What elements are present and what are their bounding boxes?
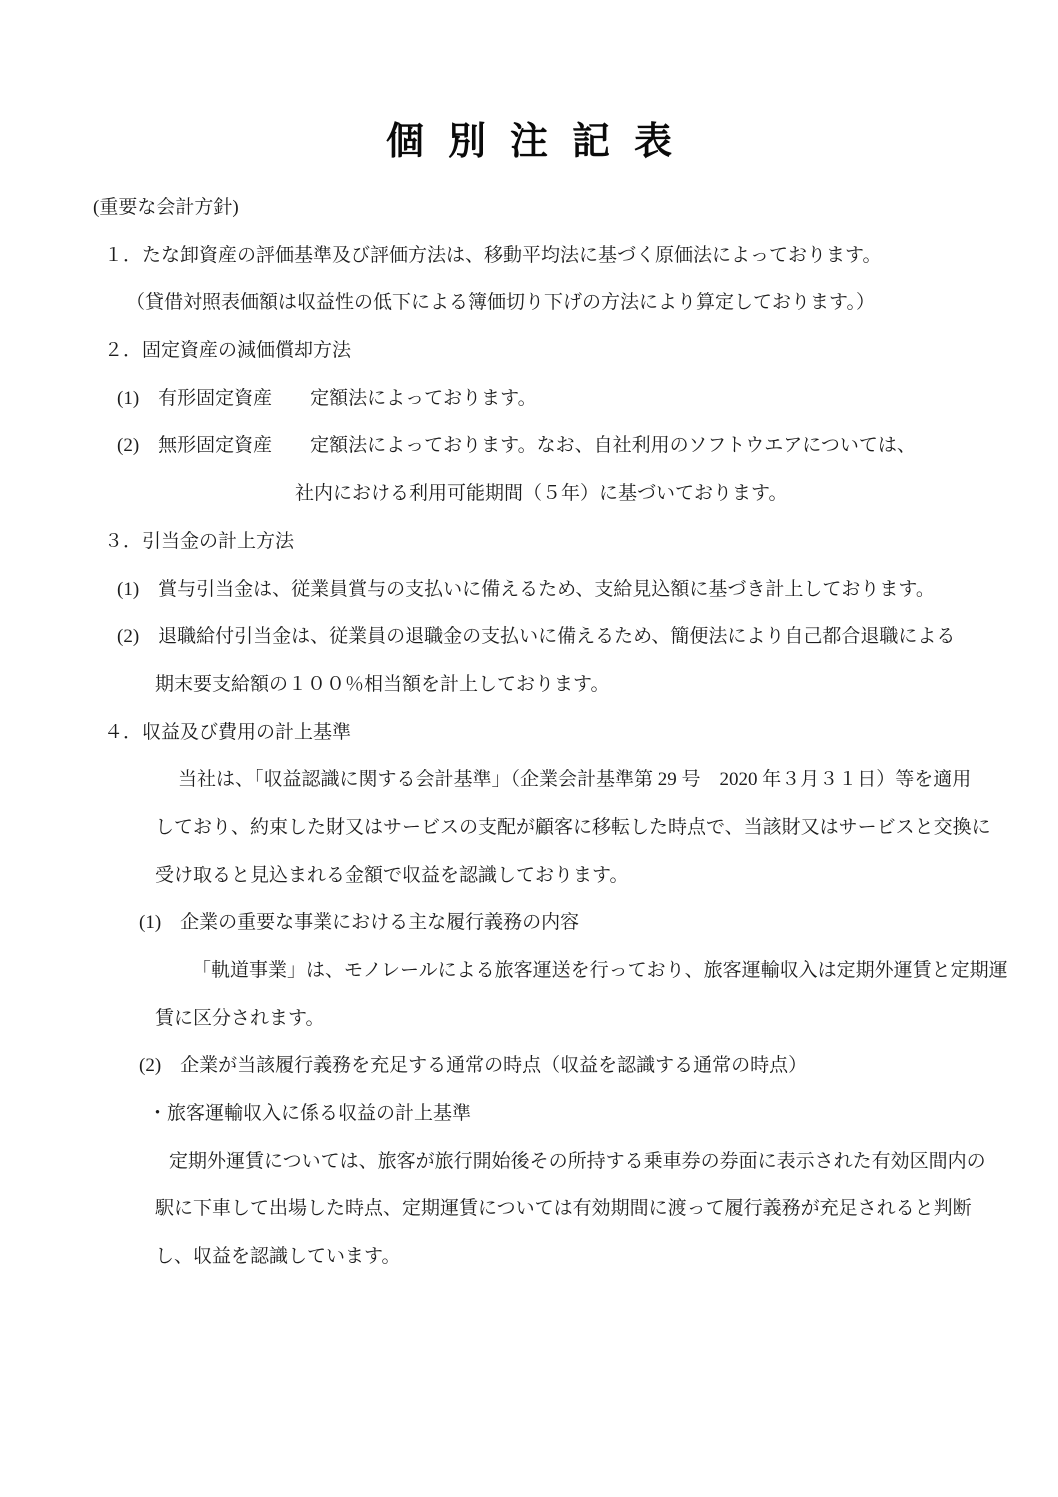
- section-1-heading: １．たな卸資産の評価基準及び評価方法は、移動平均法に基づく原価法によっております…: [104, 232, 1058, 280]
- section-4-item-1-body-line-1: 「軌道事業」は、モノレールによる旅客運送を行っており、旅客運輸収入は定期外運賃と…: [192, 947, 1058, 995]
- section-4-paragraph-line-2: しており、約束した財又はサービスの支配が顧客に移転した時点で、当該財又はサービス…: [155, 804, 1058, 852]
- section-4-paragraph-line-1: 当社は、「収益認識に関する会計基準」（企業会計基準第 29 号 2020 年３月…: [178, 756, 1058, 804]
- section-3-item-1: (1) 賞与引当金は、従業員賞与の支払いに備えるため、支給見込額に基づき計上して…: [117, 566, 1058, 614]
- section-4-item-2-body-line-1: 定期外運賃については、旅客が旅行開始後その所持する乗車券の券面に表示された有効区…: [169, 1138, 1058, 1186]
- section-4-item-2-body-line-2: 駅に下車して出場した時点、定期運賃については有効期間に渡って履行義務が充足される…: [155, 1185, 1058, 1233]
- section-4-item-1: (1) 企業の重要な事業における主な履行義務の内容: [139, 899, 1058, 947]
- section-4-paragraph-line-3: 受け取ると見込まれる金額で収益を認識しております。: [155, 852, 1058, 900]
- section-3-item-2-continuation: 期末要支給額の１００％相当額を計上しております。: [155, 661, 1058, 709]
- document-page: 個別注記表 (重要な会計方針) １．たな卸資産の評価基準及び評価方法は、移動平均…: [0, 0, 1058, 1497]
- section-4-item-2: (2) 企業が当該履行義務を充足する通常の時点（収益を認識する通常の時点）: [139, 1042, 1058, 1090]
- section-4-item-2-body-line-3: し、収益を認識しています。: [155, 1233, 1058, 1281]
- section-2-heading: ２．固定資産の減価償却方法: [104, 327, 1058, 375]
- page-title: 個別注記表: [0, 118, 1058, 166]
- heading-important-accounting-policies: (重要な会計方針): [93, 184, 1058, 232]
- section-2-item-1: (1) 有形固定資産 定額法によっております。: [117, 375, 1058, 423]
- section-4-heading: ４．収益及び費用の計上基準: [104, 709, 1058, 757]
- section-4-item-1-body-line-2: 賃に区分されます。: [155, 995, 1058, 1043]
- document-body: (重要な会計方針) １．たな卸資産の評価基準及び評価方法は、移動平均法に基づく原…: [0, 184, 1058, 1281]
- section-3-heading: ３．引当金の計上方法: [104, 518, 1058, 566]
- section-2-item-2: (2) 無形固定資産 定額法によっております。なお、自社利用のソフトウエアについ…: [117, 422, 1058, 470]
- section-3-item-2: (2) 退職給付引当金は、従業員の退職金の支払いに備えるため、簡便法により自己都…: [117, 613, 1058, 661]
- section-2-item-2-continuation: 社内における利用可能期間（５年）に基づいております。: [295, 470, 1058, 518]
- section-4-item-2-bullet: ・旅客運輸収入に係る収益の計上基準: [148, 1090, 1058, 1138]
- section-1-note: （貸借対照表価額は収益性の低下による簿価切り下げの方法により算定しております。）: [126, 279, 1058, 327]
